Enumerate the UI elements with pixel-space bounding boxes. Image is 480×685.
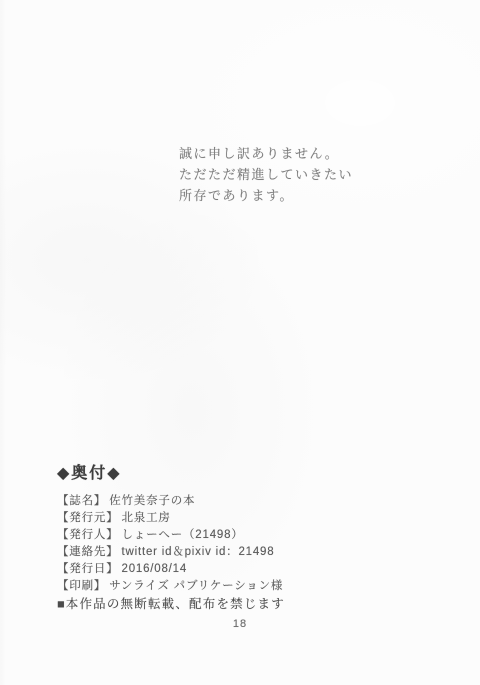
- colophon-entry-issuer: 【発行人】しょーへー（21498）: [57, 527, 285, 544]
- entry-label: 【発行人】: [57, 529, 119, 541]
- entry-value: しょーへー（21498）: [122, 529, 244, 541]
- entry-value: サンライズ パブリケーション様: [109, 580, 283, 592]
- entry-label: 【連絡先】: [57, 546, 119, 558]
- apology-paragraph: 誠に申し訳ありません。 ただただ精進していきたい 所存であります。: [179, 143, 353, 206]
- entry-label: 【誌名】: [57, 495, 106, 507]
- colophon-entry-date: 【発行日】2016/08/14: [57, 561, 285, 578]
- colophon-block: ◆奥付◆ 【誌名】佐竹美奈子の本 【発行元】北泉工房 【発行人】しょーへー（21…: [57, 460, 285, 613]
- entry-value: 佐竹美奈子の本: [109, 495, 195, 507]
- entry-value: 2016/08/14: [122, 563, 188, 575]
- entry-value: twitter id＆pixiv id：21498: [122, 546, 275, 558]
- colophon-entry-printer: 【印刷】サンライズ パブリケーション様: [57, 578, 285, 595]
- page-number: 18: [0, 618, 480, 630]
- entry-label: 【発行日】: [57, 563, 119, 575]
- copyright-notice: ■本作品の無断転載、配布を禁じます: [57, 596, 285, 613]
- entry-label: 【印刷】: [57, 580, 106, 592]
- apology-line-1: 誠に申し訳ありません。: [179, 143, 353, 164]
- apology-line-3: 所存であります。: [179, 185, 353, 206]
- colophon-entry-title: 【誌名】佐竹美奈子の本: [57, 493, 285, 510]
- colophon-header: ◆奥付◆: [57, 460, 285, 483]
- colophon-entry-contact: 【連絡先】twitter id＆pixiv id：21498: [57, 544, 285, 561]
- apology-line-2: ただただ精進していきたい: [179, 164, 353, 185]
- colophon-entry-publisher: 【発行元】北泉工房: [57, 510, 285, 527]
- entry-value: 北泉工房: [122, 512, 171, 524]
- entry-label: 【発行元】: [57, 512, 119, 524]
